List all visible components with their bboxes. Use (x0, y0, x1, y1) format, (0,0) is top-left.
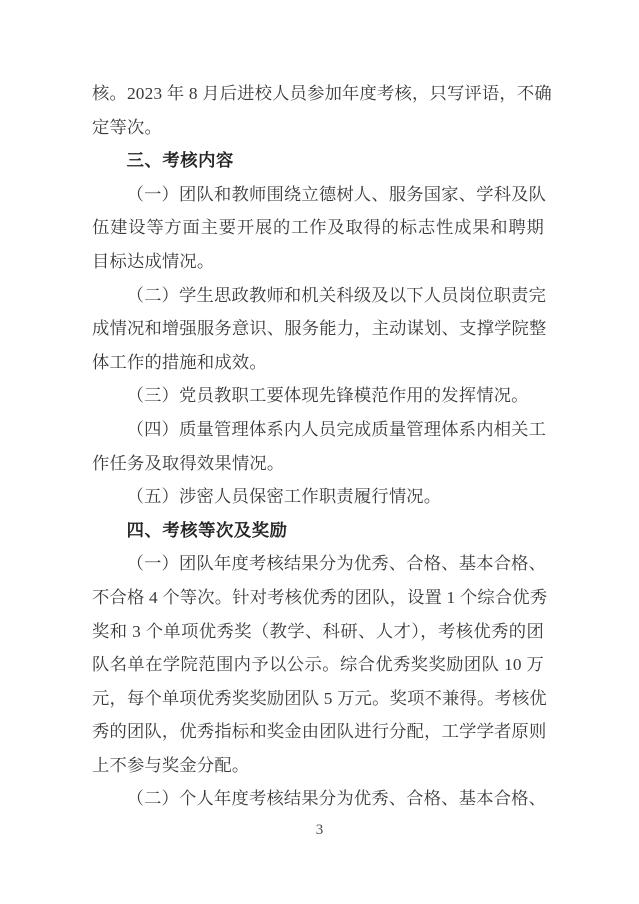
text-line: 目标达成情况。 (92, 245, 544, 279)
text-line: （二）学生思政教师和机关科级及以下人员岗位职责完 (92, 279, 544, 313)
text-line: （一）团队和教师围绕立德树人、服务国家、学科及队 (92, 178, 544, 212)
text-line: 奖和 3 个单项优秀奖（教学、科研、人才），考核优秀的团 (92, 615, 544, 649)
text-line: （四）质量管理体系内人员完成质量管理体系内相关工 (92, 413, 544, 447)
text-line: 作任务及取得效果情况。 (92, 447, 544, 481)
section-heading-awards: 四、考核等次及奖励 (92, 514, 544, 548)
text-line: （五）涉密人员保密工作职责履行情况。 (92, 480, 544, 514)
text-line: 成情况和增强服务意识、服务能力，主动谋划、支撑学院整 (92, 312, 544, 346)
text-line: 不合格 4 个等次。针对考核优秀的团队，设置 1 个综合优秀 (92, 581, 544, 615)
text-line: 伍建设等方面主要开展的工作及取得的标志性成果和聘期 (92, 211, 544, 245)
text-line: 队名单在学院范围内予以公示。综合优秀奖奖励团队 10 万 (92, 648, 544, 682)
text-line: （一）团队年度考核结果分为优秀、合格、基本合格、 (92, 547, 544, 581)
section-heading-content: 三、考核内容 (92, 144, 544, 178)
text-line: 元，每个单项优秀奖奖励团队 5 万元。奖项不兼得。考核优 (92, 682, 544, 716)
text-line: （二）个人年度考核结果分为优秀、合格、基本合格、 (92, 782, 544, 816)
text-line: 体工作的措施和成效。 (92, 346, 544, 380)
document-body: 核。2023 年 8 月后进校人员参加年度考核，只写评语，不确 定等次。 三、考… (92, 77, 544, 816)
text-line: 定等次。 (92, 111, 544, 145)
text-line: （三）党员教职工要体现先锋模范作用的发挥情况。 (92, 379, 544, 413)
text-line: 上不参与奖金分配。 (92, 749, 544, 783)
text-line: 秀的团队，优秀指标和奖金由团队进行分配，工学学者原则 (92, 715, 544, 749)
page-number: 3 (0, 822, 639, 839)
document-page: 核。2023 年 8 月后进校人员参加年度考核，只写评语，不确 定等次。 三、考… (0, 0, 639, 904)
text-line: 核。2023 年 8 月后进校人员参加年度考核，只写评语，不确 (92, 77, 544, 111)
